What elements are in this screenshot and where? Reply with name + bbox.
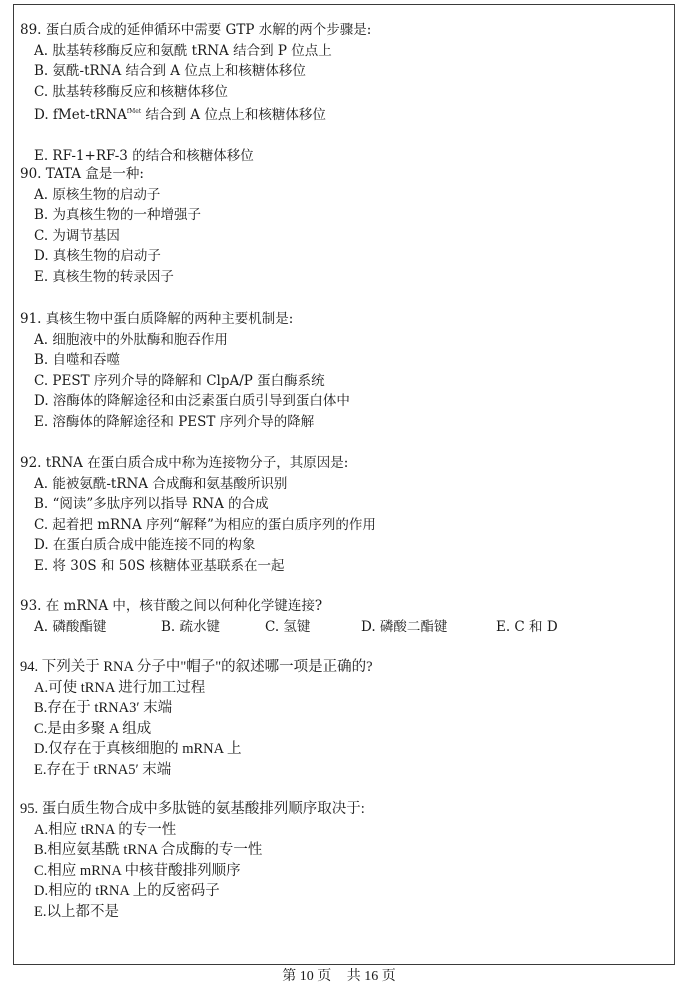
option-e: E. RF-1+RF-3 的结合和核糖体移位 xyxy=(20,146,371,167)
option-b: B. 疏水键 xyxy=(161,617,265,638)
question-stem: 93. 在 mRNA 中，核苷酸之间以何种化学键连接? xyxy=(20,596,558,617)
option-e: E. 溶酶体的降解途径和 PEST 序列介导的降解 xyxy=(20,412,350,433)
option-b: B. 自噬和吞噬 xyxy=(20,350,350,371)
option-d: D. 磷酸二酯键 xyxy=(361,617,496,638)
option-c: C. 肽基转移酶反应和核糖体移位 xyxy=(20,82,371,103)
option-a: A. 肽基转移酶反应和氨酰 tRNA 结合到 P 位点上 xyxy=(20,41,371,62)
option-e: E. 将 30S 和 50S 核糖体亚基联系在一起 xyxy=(20,556,376,577)
question-90: 90. TATA 盒是一种: A. 原核生物的启动子 B. 为真核生物的一种增强… xyxy=(20,164,201,287)
question-stem: 95. 蛋白质生物合成中多肽链的氨基酸排列顺序取决于: xyxy=(20,799,365,820)
option-d: D.仅存在于真核细胞的 mRNA 上 xyxy=(20,739,373,760)
option-c: C.是由多聚 A 组成 xyxy=(20,719,373,740)
options-row: A. 磷酸酯键 B. 疏水键 C. 氢键 D. 磷酸二酯键 E. C 和 D xyxy=(20,617,558,638)
option-a: A. 能被氨酰-tRNA 合成酶和氨基酸所识别 xyxy=(20,474,376,495)
option-d-text: D. fMet-tRNA xyxy=(34,107,127,123)
option-a: A.可使 tRNA 进行加工过程 xyxy=(20,678,373,699)
option-b: B. 氨酰-tRNA 结合到 A 位点上和核糖体移位 xyxy=(20,61,371,82)
question-stem: 92. tRNA 在蛋白质合成中称为连接物分子，其原因是: xyxy=(20,453,376,474)
option-a: A.相应 tRNA 的专一性 xyxy=(20,820,365,841)
option-d: D. 真核生物的启动子 xyxy=(20,246,201,267)
option-c: C. 为调节基因 xyxy=(20,226,201,247)
option-a: A. 磷酸酯键 xyxy=(34,617,161,638)
question-89: 89. 蛋白质合成的延伸循环中需要 GTP 水解的两个步骤是: A. 肽基转移酶… xyxy=(20,20,371,166)
option-d-suffix: 结合到 A 位点上和核糖体移位 xyxy=(141,107,326,123)
option-e: E.存在于 tRNA5′ 末端 xyxy=(20,760,373,781)
question-93: 93. 在 mRNA 中，核苷酸之间以何种化学键连接? A. 磷酸酯键 B. 疏… xyxy=(20,596,558,637)
option-b: B. “阅读”多肽序列以指导 RNA 的合成 xyxy=(20,494,376,515)
option-c: C.相应 mRNA 中核苷酸排列顺序 xyxy=(20,861,365,882)
option-c: C. 氢键 xyxy=(265,617,361,638)
page-number-current: 第 10 页 xyxy=(282,969,331,984)
question-stem: 89. 蛋白质合成的延伸循环中需要 GTP 水解的两个步骤是: xyxy=(20,20,371,41)
page-footer: 第 10 页 共 16 页 xyxy=(0,968,678,986)
question-92: 92. tRNA 在蛋白质合成中称为连接物分子，其原因是: A. 能被氨酰-tR… xyxy=(20,453,376,576)
option-b: B.存在于 tRNA3′ 末端 xyxy=(20,698,373,719)
option-b: B.相应氨基酰 tRNA 合成酶的专一性 xyxy=(20,840,365,861)
option-c: C. 起着把 mRNA 序列“解释”为相应的蛋白质序列的作用 xyxy=(20,515,376,536)
option-d: D. 溶酶体的降解途径和由泛素蛋白质引导到蛋白体中 xyxy=(20,391,350,412)
question-94: 94. 下列关于 RNA 分子中"帽子"的叙述哪一项是正确的? A.可使 tRN… xyxy=(20,657,373,780)
option-d-superscript: fMet xyxy=(127,108,141,115)
option-e: E.以上都不是 xyxy=(20,902,365,923)
option-d: D.相应的 tRNA 上的反密码子 xyxy=(20,881,365,902)
question-stem: 90. TATA 盒是一种: xyxy=(20,164,201,185)
question-91: 91. 真核生物中蛋白质降解的两种主要机制是: A. 细胞液中的外肽酶和胞吞作用… xyxy=(20,309,350,432)
option-d: D. 在蛋白质合成中能连接不同的构象 xyxy=(20,535,376,556)
question-stem: 91. 真核生物中蛋白质降解的两种主要机制是: xyxy=(20,309,350,330)
option-a: A. 细胞液中的外肽酶和胞吞作用 xyxy=(20,330,350,351)
option-d: D. fMet-tRNAfMet 结合到 A 位点上和核糖体移位 xyxy=(20,102,371,126)
option-a: A. 原核生物的启动子 xyxy=(20,185,201,206)
question-95: 95. 蛋白质生物合成中多肽链的氨基酸排列顺序取决于: A.相应 tRNA 的专… xyxy=(20,799,365,922)
page-number-total: 共 16 页 xyxy=(347,969,396,984)
option-e: E. C 和 D xyxy=(496,617,558,638)
question-stem: 94. 下列关于 RNA 分子中"帽子"的叙述哪一项是正确的? xyxy=(20,657,373,678)
option-c: C. PEST 序列介导的降解和 ClpA/P 蛋白酶系统 xyxy=(20,371,350,392)
option-b: B. 为真核生物的一种增强子 xyxy=(20,205,201,226)
option-e: E. 真核生物的转录因子 xyxy=(20,267,201,288)
